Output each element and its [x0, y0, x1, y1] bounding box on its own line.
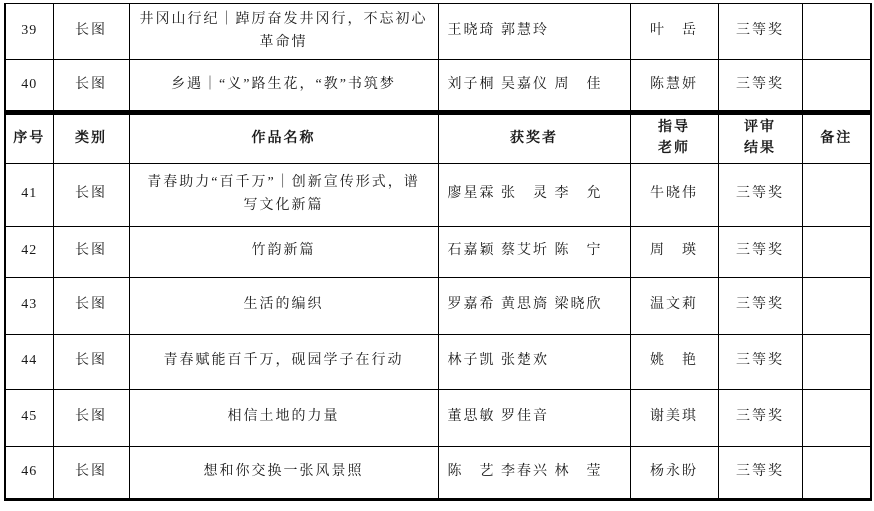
work-title-cell: 生活的编织	[129, 277, 438, 334]
advisor-cell: 叶 岳	[630, 4, 718, 60]
category-cell: 长图	[53, 60, 129, 111]
advisor-cell: 杨永盼	[630, 446, 718, 499]
category-cell: 长图	[53, 446, 129, 499]
result-cell: 三等奖	[718, 226, 802, 277]
header-result: 评审 结果	[718, 113, 802, 163]
winners-cell: 王晓琦 郭慧玲	[438, 4, 630, 60]
advisor-cell: 陈慧妍	[630, 60, 718, 111]
row-number-cell: 40	[5, 60, 53, 111]
header-row: 序号 类别 作品名称 获奖者 指导 老师 评审 结果 备注	[5, 113, 871, 163]
remark-cell	[802, 277, 871, 334]
winners-cell: 林子凯 张楚欢	[438, 334, 630, 389]
category-cell: 长图	[53, 226, 129, 277]
result-cell: 三等奖	[718, 277, 802, 334]
advisor-cell: 温文莉	[630, 277, 718, 334]
remark-cell	[802, 60, 871, 111]
header-serial-number: 序号	[5, 113, 53, 163]
header-winners: 获奖者	[438, 113, 630, 163]
table-row: 46 长图 想和你交换一张风景照 陈 艺 李春兴 林 莹 杨永盼 三等奖	[5, 446, 871, 499]
category-cell: 长图	[53, 277, 129, 334]
row-number-cell: 42	[5, 226, 53, 277]
category-cell: 长图	[53, 163, 129, 226]
advisor-cell: 谢美琪	[630, 389, 718, 446]
advisor-cell: 牛晓伟	[630, 163, 718, 226]
winners-cell: 董思敏 罗佳音	[438, 389, 630, 446]
header-advisor: 指导 老师	[630, 113, 718, 163]
advisor-cell: 姚 艳	[630, 334, 718, 389]
winners-cell: 廖星霖 张 灵 李 允	[438, 163, 630, 226]
result-cell: 三等奖	[718, 334, 802, 389]
awards-table-upper: 39 长图 井冈山行纪｜踔厉奋发井冈行，不忘初心 革命情 王晓琦 郭慧玲 叶 岳…	[4, 3, 872, 111]
work-title-cell: 想和你交换一张风景照	[129, 446, 438, 499]
header-work-title: 作品名称	[129, 113, 438, 163]
remark-cell	[802, 446, 871, 499]
work-title-cell: 竹韵新篇	[129, 226, 438, 277]
remark-cell	[802, 163, 871, 226]
result-cell: 三等奖	[718, 4, 802, 60]
winners-cell: 陈 艺 李春兴 林 莹	[438, 446, 630, 499]
result-cell: 三等奖	[718, 60, 802, 111]
category-cell: 长图	[53, 389, 129, 446]
header-category: 类别	[53, 113, 129, 163]
winners-cell: 罗嘉希 黄思旖 梁晓欣	[438, 277, 630, 334]
table-row: 42 长图 竹韵新篇 石嘉颖 蔡艾圻 陈 宁 周 瑛 三等奖	[5, 226, 871, 277]
row-number-cell: 39	[5, 4, 53, 60]
awards-table-lower: 序号 类别 作品名称 获奖者 指导 老师 评审 结果 备注 41 长图 青春助力…	[4, 111, 872, 501]
work-title-cell: 青春助力“百千万”｜创新宣传形式，谱 写文化新篇	[129, 163, 438, 226]
work-title-cell: 井冈山行纪｜踔厉奋发井冈行，不忘初心 革命情	[129, 4, 438, 60]
row-number-cell: 46	[5, 446, 53, 499]
winners-cell: 刘子桐 吴嘉仪 周 佳	[438, 60, 630, 111]
remark-cell	[802, 226, 871, 277]
remark-cell	[802, 4, 871, 60]
winners-cell: 石嘉颖 蔡艾圻 陈 宁	[438, 226, 630, 277]
awards-table-page: 39 长图 井冈山行纪｜踔厉奋发井冈行，不忘初心 革命情 王晓琦 郭慧玲 叶 岳…	[0, 0, 874, 511]
row-number-cell: 43	[5, 277, 53, 334]
table-row: 39 长图 井冈山行纪｜踔厉奋发井冈行，不忘初心 革命情 王晓琦 郭慧玲 叶 岳…	[5, 4, 871, 60]
remark-cell	[802, 389, 871, 446]
result-cell: 三等奖	[718, 163, 802, 226]
category-cell: 长图	[53, 334, 129, 389]
row-number-cell: 45	[5, 389, 53, 446]
work-title-cell: 青春赋能百千万，砚园学子在行动	[129, 334, 438, 389]
table-row: 44 长图 青春赋能百千万，砚园学子在行动 林子凯 张楚欢 姚 艳 三等奖	[5, 334, 871, 389]
result-cell: 三等奖	[718, 389, 802, 446]
advisor-cell: 周 瑛	[630, 226, 718, 277]
header-remark: 备注	[802, 113, 871, 163]
row-number-cell: 44	[5, 334, 53, 389]
table-row: 41 长图 青春助力“百千万”｜创新宣传形式，谱 写文化新篇 廖星霖 张 灵 李…	[5, 163, 871, 226]
work-title-cell: 相信土地的力量	[129, 389, 438, 446]
result-cell: 三等奖	[718, 446, 802, 499]
table-row: 43 长图 生活的编织 罗嘉希 黄思旖 梁晓欣 温文莉 三等奖	[5, 277, 871, 334]
work-title-cell: 乡遇｜“义”路生花，“教”书筑梦	[129, 60, 438, 111]
table-row: 40 长图 乡遇｜“义”路生花，“教”书筑梦 刘子桐 吴嘉仪 周 佳 陈慧妍 三…	[5, 60, 871, 111]
row-number-cell: 41	[5, 163, 53, 226]
remark-cell	[802, 334, 871, 389]
category-cell: 长图	[53, 4, 129, 60]
table-row: 45 长图 相信土地的力量 董思敏 罗佳音 谢美琪 三等奖	[5, 389, 871, 446]
